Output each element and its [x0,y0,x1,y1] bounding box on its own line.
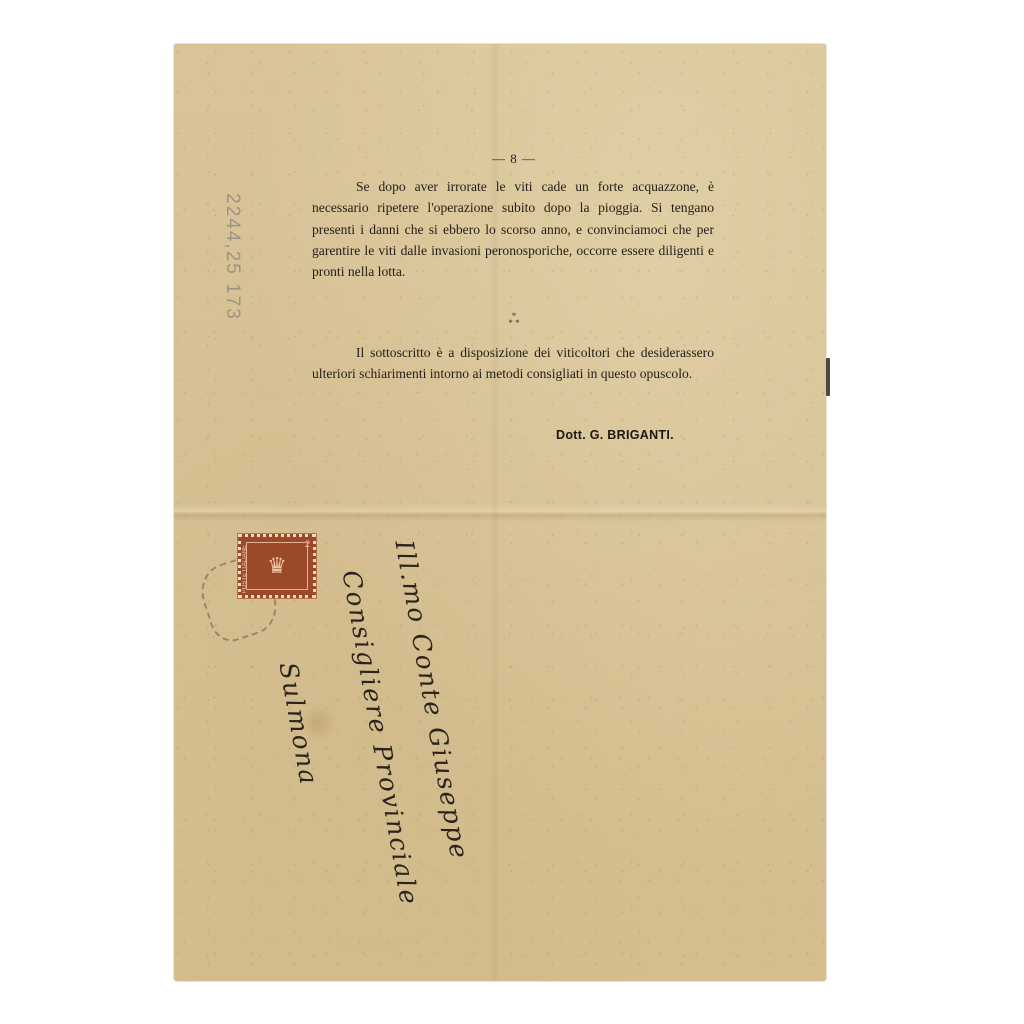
paragraph-2-text: Il sottoscritto è a disposizione dei vit… [312,342,714,385]
paragraph-2: Il sottoscritto è a disposizione dei vit… [312,342,714,385]
postage-stamp: POSTE ITALIANE 2 ♛ [238,534,316,598]
binding-edge [826,358,830,396]
paragraph-1-text: Se dopo aver irrorate le viti cade un fo… [312,176,714,282]
asterism-divider: ** * [502,313,526,327]
signature: Dott. G. BRIGANTI. [556,428,674,442]
pencil-catalog-note: 2244,25 173 [221,193,243,321]
page-number: — 8 — [492,151,536,167]
paragraph-1: Se dopo aver irrorate le viti cade un fo… [312,176,714,282]
horizontal-fold-crease [174,504,826,522]
coat-of-arms-icon: ♛ [246,542,308,590]
